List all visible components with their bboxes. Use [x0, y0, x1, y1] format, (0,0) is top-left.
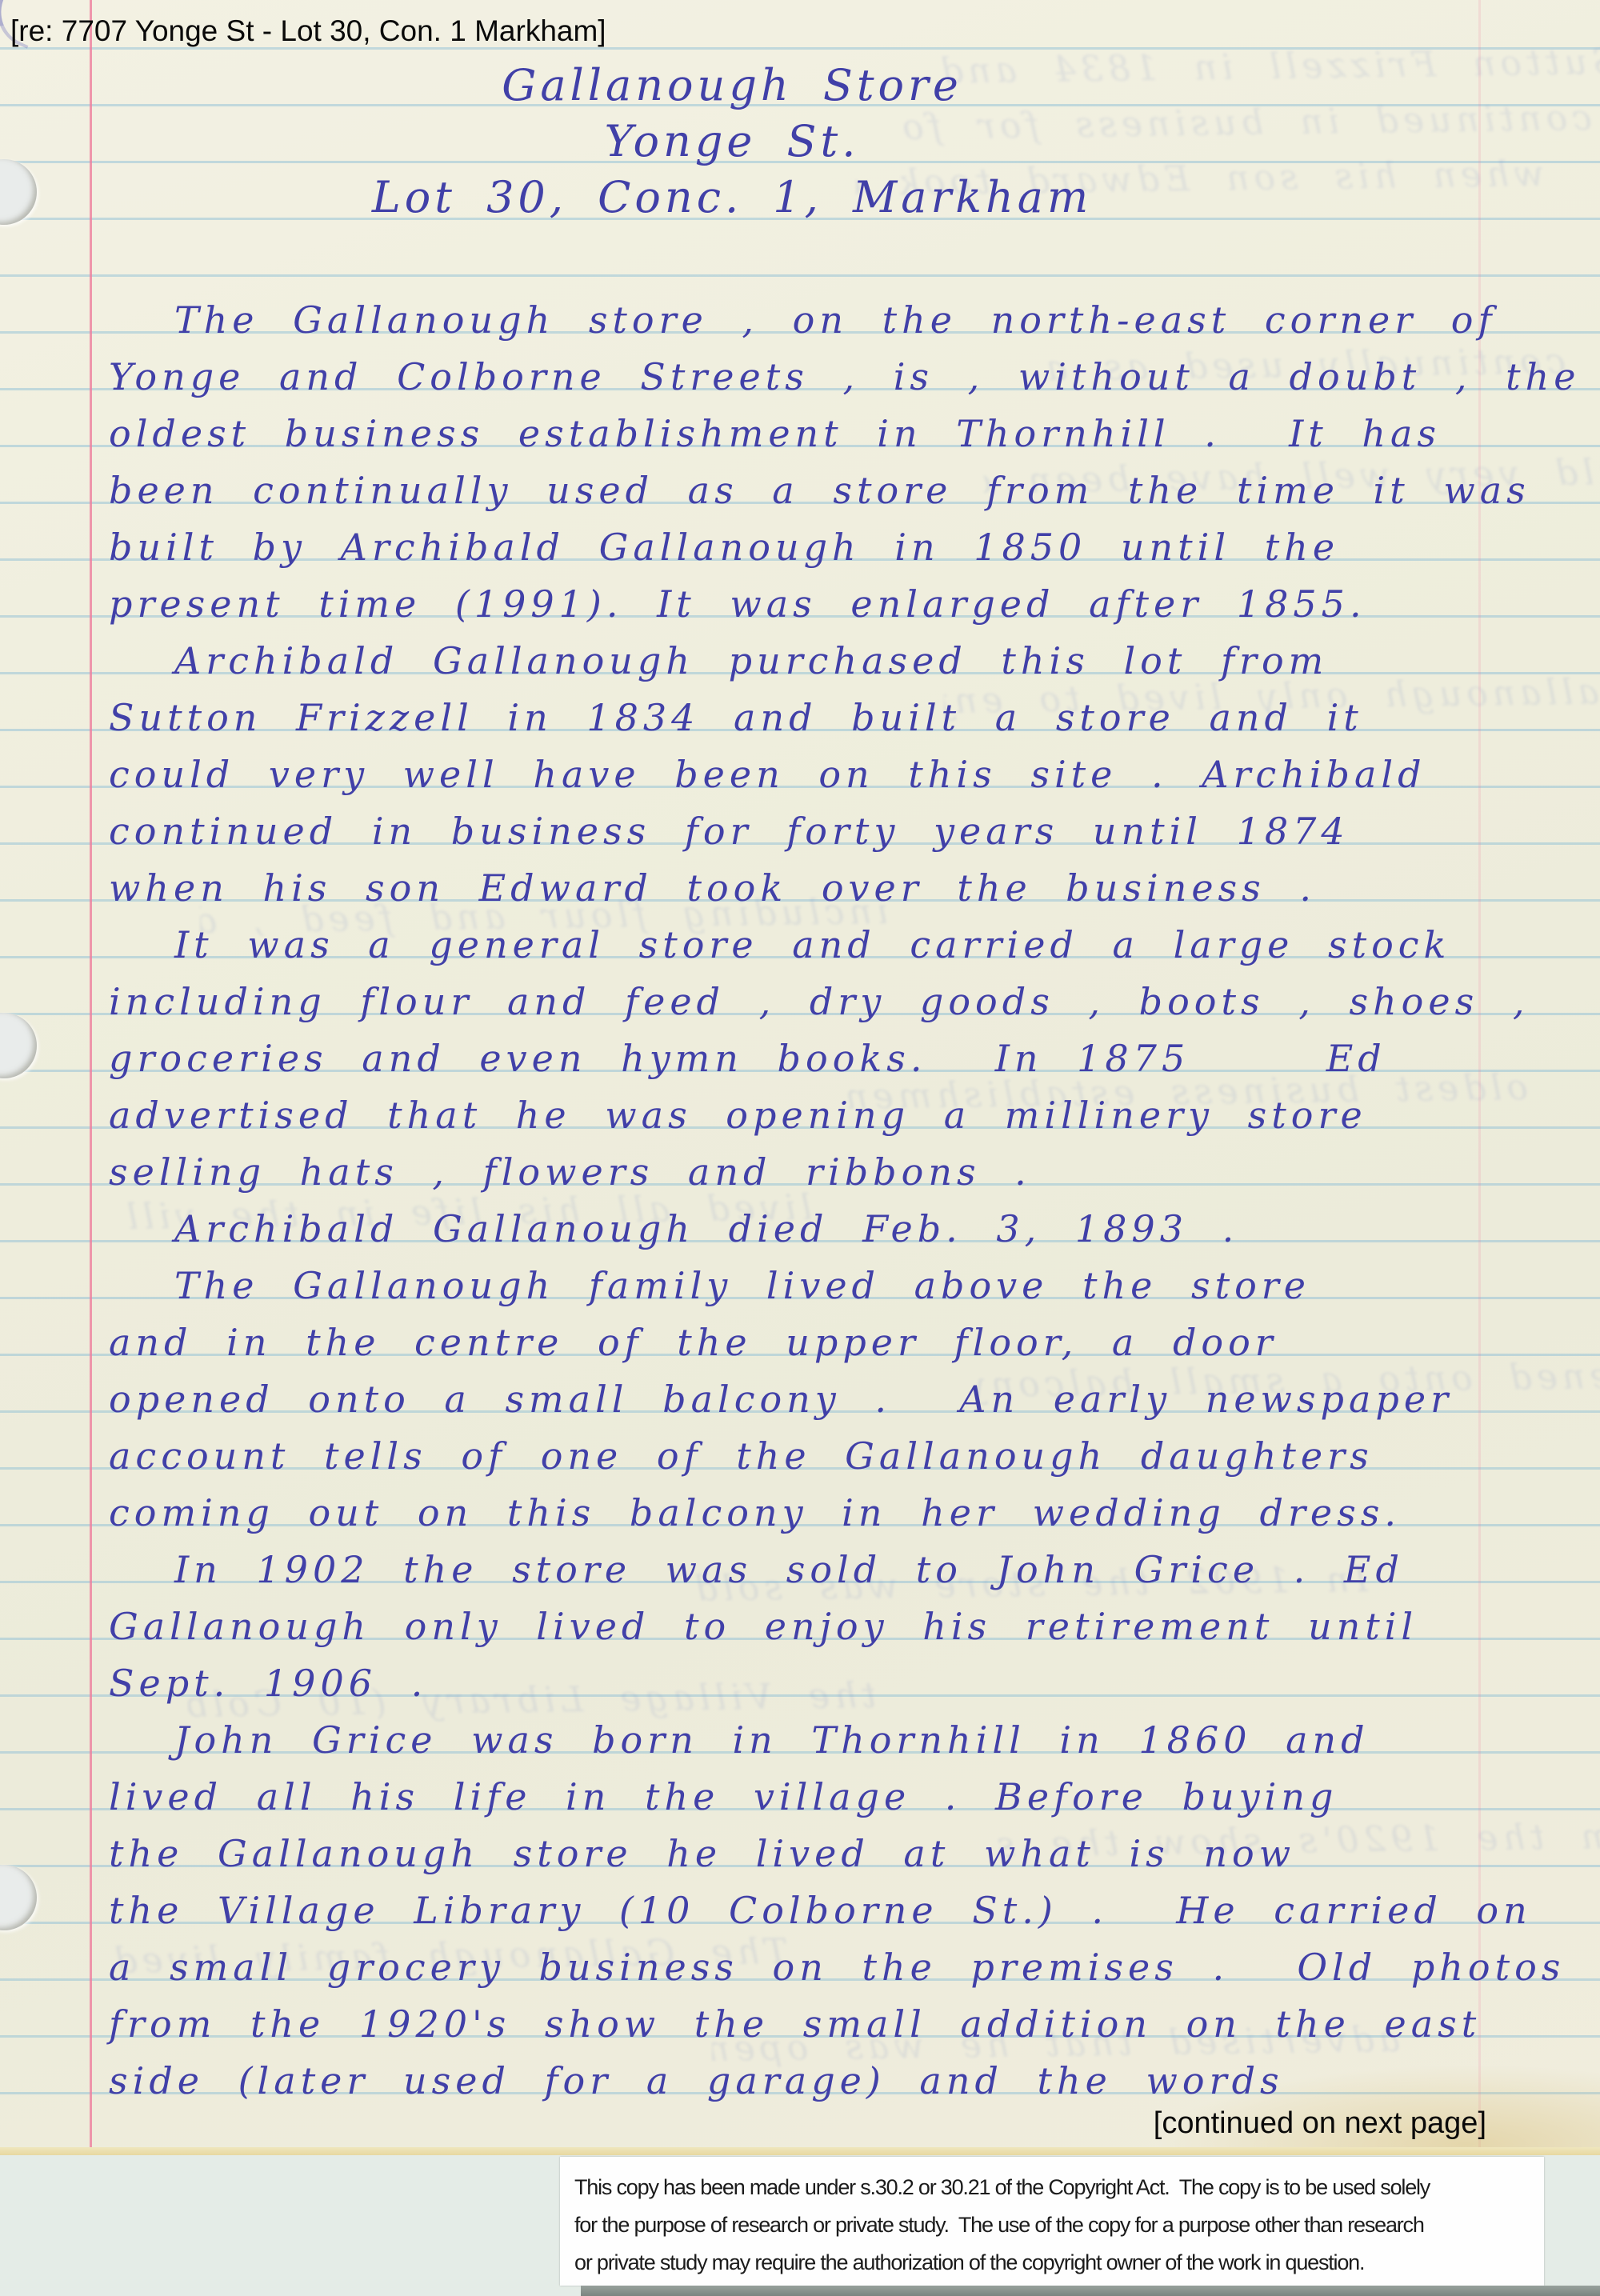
handwritten-line: groceries and even hymn books. In 1875 E… [109, 1034, 1386, 1082]
copyright-notice: This copy has been made under s.30.2 or … [560, 2157, 1544, 2286]
handwritten-line: including flour and feed , dry goods , b… [109, 978, 1529, 1026]
handwritten-line: present time (1991). It was enlarged aft… [109, 580, 1366, 628]
punch-hole [0, 1013, 37, 1078]
scanned-document: Sutton Frizzell in 1834 and built a stor… [0, 0, 1600, 2296]
continued-note: [continued on next page] [1154, 2106, 1486, 2141]
paper-bottom-edge [0, 2147, 1600, 2155]
handwritten-line: John Grice was born in Thornhill in 1860… [174, 1716, 1370, 1764]
title-line: Gallanough Store [212, 58, 1252, 114]
ruled-line [0, 274, 1600, 277]
handwritten-line: The Gallanough store , on the north-east… [174, 296, 1497, 344]
handwritten-line: the Village Library (10 Colborne St.) . … [109, 1886, 1532, 1934]
handwritten-line: account tells of one of the Gallanough d… [109, 1432, 1374, 1480]
handwritten-line: It was a general store and carried a lar… [174, 921, 1450, 969]
scan-edge-band [581, 2286, 1600, 2296]
lined-notepaper: Sutton Frizzell in 1834 and built a stor… [0, 0, 1600, 2154]
copyright-notice-line: This copy has been made under s.30.2 or … [574, 2169, 1533, 2206]
handwritten-line: side (later used for a garage) and the w… [109, 2057, 1284, 2105]
copyright-notice-line: for the purpose of research or private s… [574, 2206, 1533, 2244]
handwritten-line: oldest business establishment in Thornhi… [109, 410, 1441, 458]
handwritten-line: selling hats , flowers and ribbons . [109, 1148, 1031, 1196]
handwritten-line: a small grocery business on the premises… [109, 1943, 1565, 1991]
title-line: Lot 30, Conc. 1, Markham [212, 170, 1252, 226]
handwritten-line: Yonge and Colborne Streets , is , withou… [109, 353, 1580, 401]
reference-label: [re: 7707 Yonge St - Lot 30, Con. 1 Mark… [10, 14, 606, 48]
title-block: Gallanough Store Yonge St. Lot 30, Conc.… [212, 58, 1252, 226]
handwritten-line: The Gallanough family lived above the st… [174, 1262, 1310, 1310]
title-line: Yonge St. [212, 114, 1252, 170]
handwritten-line: lived all his life in the village . Befo… [109, 1773, 1338, 1821]
copyright-notice-lines: This copy has been made under s.30.2 or … [574, 2169, 1533, 2282]
handwritten-line: In 1902 the store was sold to John Grice… [174, 1546, 1404, 1594]
copyright-notice-line: or private study may require the authori… [574, 2244, 1533, 2282]
handwritten-line: Archibald Gallanough died Feb. 3, 1893 . [174, 1205, 1238, 1253]
handwritten-line: Sutton Frizzell in 1834 and built a stor… [109, 694, 1363, 742]
handwritten-line: Gallanough only lived to enjoy his retir… [109, 1602, 1418, 1650]
handwritten-line: Sept. 1906 . [109, 1659, 427, 1707]
handwritten-line: and in the centre of the upper floor, a … [109, 1318, 1278, 1366]
handwritten-line: Archibald Gallanough purchased this lot … [174, 637, 1328, 685]
handwritten-line: opened onto a small balcony . An early n… [109, 1375, 1453, 1423]
handwritten-line: could very well have been on this site .… [109, 750, 1426, 798]
punch-hole [0, 159, 37, 225]
handwritten-line: the Gallanough store he lived at what is… [109, 1830, 1295, 1878]
handwritten-line: been continually used as a store from th… [109, 466, 1530, 514]
handwritten-line: advertised that he was opening a milline… [109, 1091, 1367, 1139]
handwritten-line: built by Archibald Gallanough in 1850 un… [109, 523, 1339, 571]
handwritten-line: from the 1920's show the small addition … [109, 2000, 1481, 2048]
handwritten-line: when his son Edward took over the busine… [109, 864, 1316, 912]
handwritten-line: continued in business for forty years un… [109, 807, 1350, 855]
handwritten-line: coming out on this balcony in her weddin… [109, 1489, 1401, 1537]
margin-line [90, 0, 92, 2154]
punch-hole [0, 1865, 37, 1930]
